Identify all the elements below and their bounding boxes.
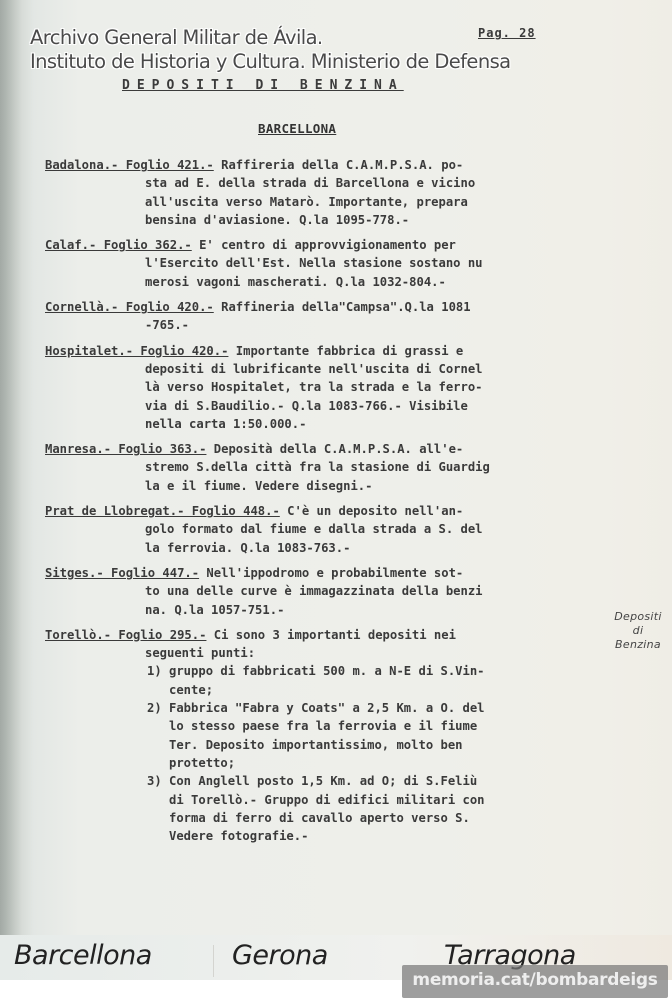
entry-text: E' centro di approvvigionamento per — [192, 238, 456, 252]
point-line: protetto; — [45, 754, 565, 772]
archive-watermark: Archivo General Militar de Ávila. Instit… — [30, 26, 511, 74]
entry: Prat de Llobregat.- Foglio 448.- C'è un … — [45, 502, 565, 557]
entry-heading: Cornellà.- Foglio 420.- — [45, 300, 214, 314]
margin-note-line: Benzina — [606, 638, 670, 652]
entry: Badalona.- Foglio 421.- Raffireria della… — [45, 156, 565, 229]
margin-note-line: di — [606, 624, 670, 638]
entry: Torellò.- Foglio 295.- Ci sono 3 importa… — [45, 626, 565, 846]
entry-line: bensina d'aviasione. Q.la 1095-778.- — [45, 211, 565, 229]
document-title: DEPOSITI DI BENZINA — [122, 78, 404, 93]
entry-text: Deposità della C.A.M.P.S.A. all'e- — [206, 442, 463, 456]
entry: Calaf.- Foglio 362.- E' centro di approv… — [45, 236, 565, 291]
point-line: Vedere fotografie.- — [45, 827, 565, 845]
entry-heading: Badalona.- Foglio 421.- — [45, 158, 214, 172]
entry-line: golo formato dal fiume e dalla strada a … — [45, 520, 565, 538]
entry-line: depositi di lubrificante nell'uscita di … — [45, 360, 565, 378]
tab-gerona[interactable]: Gerona — [232, 940, 328, 971]
credit-watermark: memoria.cat/bombardeigs — [402, 965, 668, 998]
entry-line: to una delle curve è immagazzinata della… — [45, 582, 565, 600]
entry-line: l'Esercito dell'Est. Nella stasione sost… — [45, 254, 565, 272]
point-line: lo stesso paese fra la ferrovia e il fiu… — [45, 717, 565, 735]
entry-text: Ci sono 3 importanti depositi nei — [206, 628, 455, 642]
entry-line: seguenti punti: — [45, 644, 565, 662]
point-line: 3) Con Anglell posto 1,5 Km. ad O; di S.… — [45, 772, 565, 790]
watermark-line-2: Instituto de Historia y Cultura. Ministe… — [30, 50, 511, 74]
entry-text: Nell'ippodromo e probabilmente sot- — [199, 566, 463, 580]
entry-heading: Torellò.- Foglio 295.- — [45, 628, 206, 642]
entry: Sitges.- Foglio 447.- Nell'ippodromo e p… — [45, 564, 565, 619]
entry-text: Raffireria della C.A.M.P.S.A. po- — [214, 158, 463, 172]
entry-line: sta ad E. della strada di Barcellona e v… — [45, 174, 565, 192]
tab-divider — [213, 945, 214, 977]
entry-text: Raffineria della"Campsa".Q.la 1081 — [214, 300, 471, 314]
point-line: Ter. Deposito importantissimo, molto ben — [45, 736, 565, 754]
point-line: 2) Fabbrica "Fabra y Coats" a 2,5 Km. a … — [45, 699, 565, 717]
entry-line: all'uscita verso Matarò. Importante, pre… — [45, 193, 565, 211]
margin-note: Depositi di Benzina — [606, 610, 670, 652]
document-subtitle: BARCELLONA — [258, 121, 336, 136]
entry: Hospitalet.- Foglio 420.- Importante fab… — [45, 342, 565, 433]
tab-barcellona[interactable]: Barcellona — [14, 940, 152, 971]
entry-line: nella carta 1:50.000.- — [45, 415, 565, 433]
entry-line: la e il fiume. Vedere disegni.- — [45, 477, 565, 495]
entry-line: stremo S.della città fra la stasione di … — [45, 458, 565, 476]
point-line: forma di ferro di cavallo aperto verso S… — [45, 809, 565, 827]
entry-text: Importante fabbrica di grassi e — [228, 344, 463, 358]
watermark-line-1: Archivo General Militar de Ávila. — [30, 26, 511, 50]
margin-note-line: Depositi — [606, 610, 670, 624]
entry-line: là verso Hospitalet, tra la strada e la … — [45, 378, 565, 396]
entry-text: C'è un deposito nell'an- — [280, 504, 463, 518]
entry-heading: Manresa.- Foglio 363.- — [45, 442, 206, 456]
point-line: 1) gruppo di fabbricati 500 m. a N-E di … — [45, 662, 565, 680]
entry-line: -765.- — [45, 316, 565, 334]
entry-line: via di S.Baudilio.- Q.la 1083-766.- Visi… — [45, 397, 565, 415]
entry-heading: Prat de Llobregat.- Foglio 448.- — [45, 504, 280, 518]
entry: Cornellà.- Foglio 420.- Raffineria della… — [45, 298, 565, 335]
entry-line: na. Q.la 1057-751.- — [45, 601, 565, 619]
entry-heading: Calaf.- Foglio 362.- — [45, 238, 192, 252]
entries-list: Badalona.- Foglio 421.- Raffireria della… — [45, 156, 565, 852]
point-line: cente; — [45, 681, 565, 699]
entry-heading: Hospitalet.- Foglio 420.- — [45, 344, 228, 358]
entry-heading: Sitges.- Foglio 447.- — [45, 566, 199, 580]
point-line: di Torellò.- Gruppo di edifici militari … — [45, 791, 565, 809]
entry-line: merosi vagoni mascherati. Q.la 1032-804.… — [45, 273, 565, 291]
entry: Manresa.- Foglio 363.- Deposità della C.… — [45, 440, 565, 495]
entry-line: la ferrovia. Q.la 1083-763.- — [45, 539, 565, 557]
